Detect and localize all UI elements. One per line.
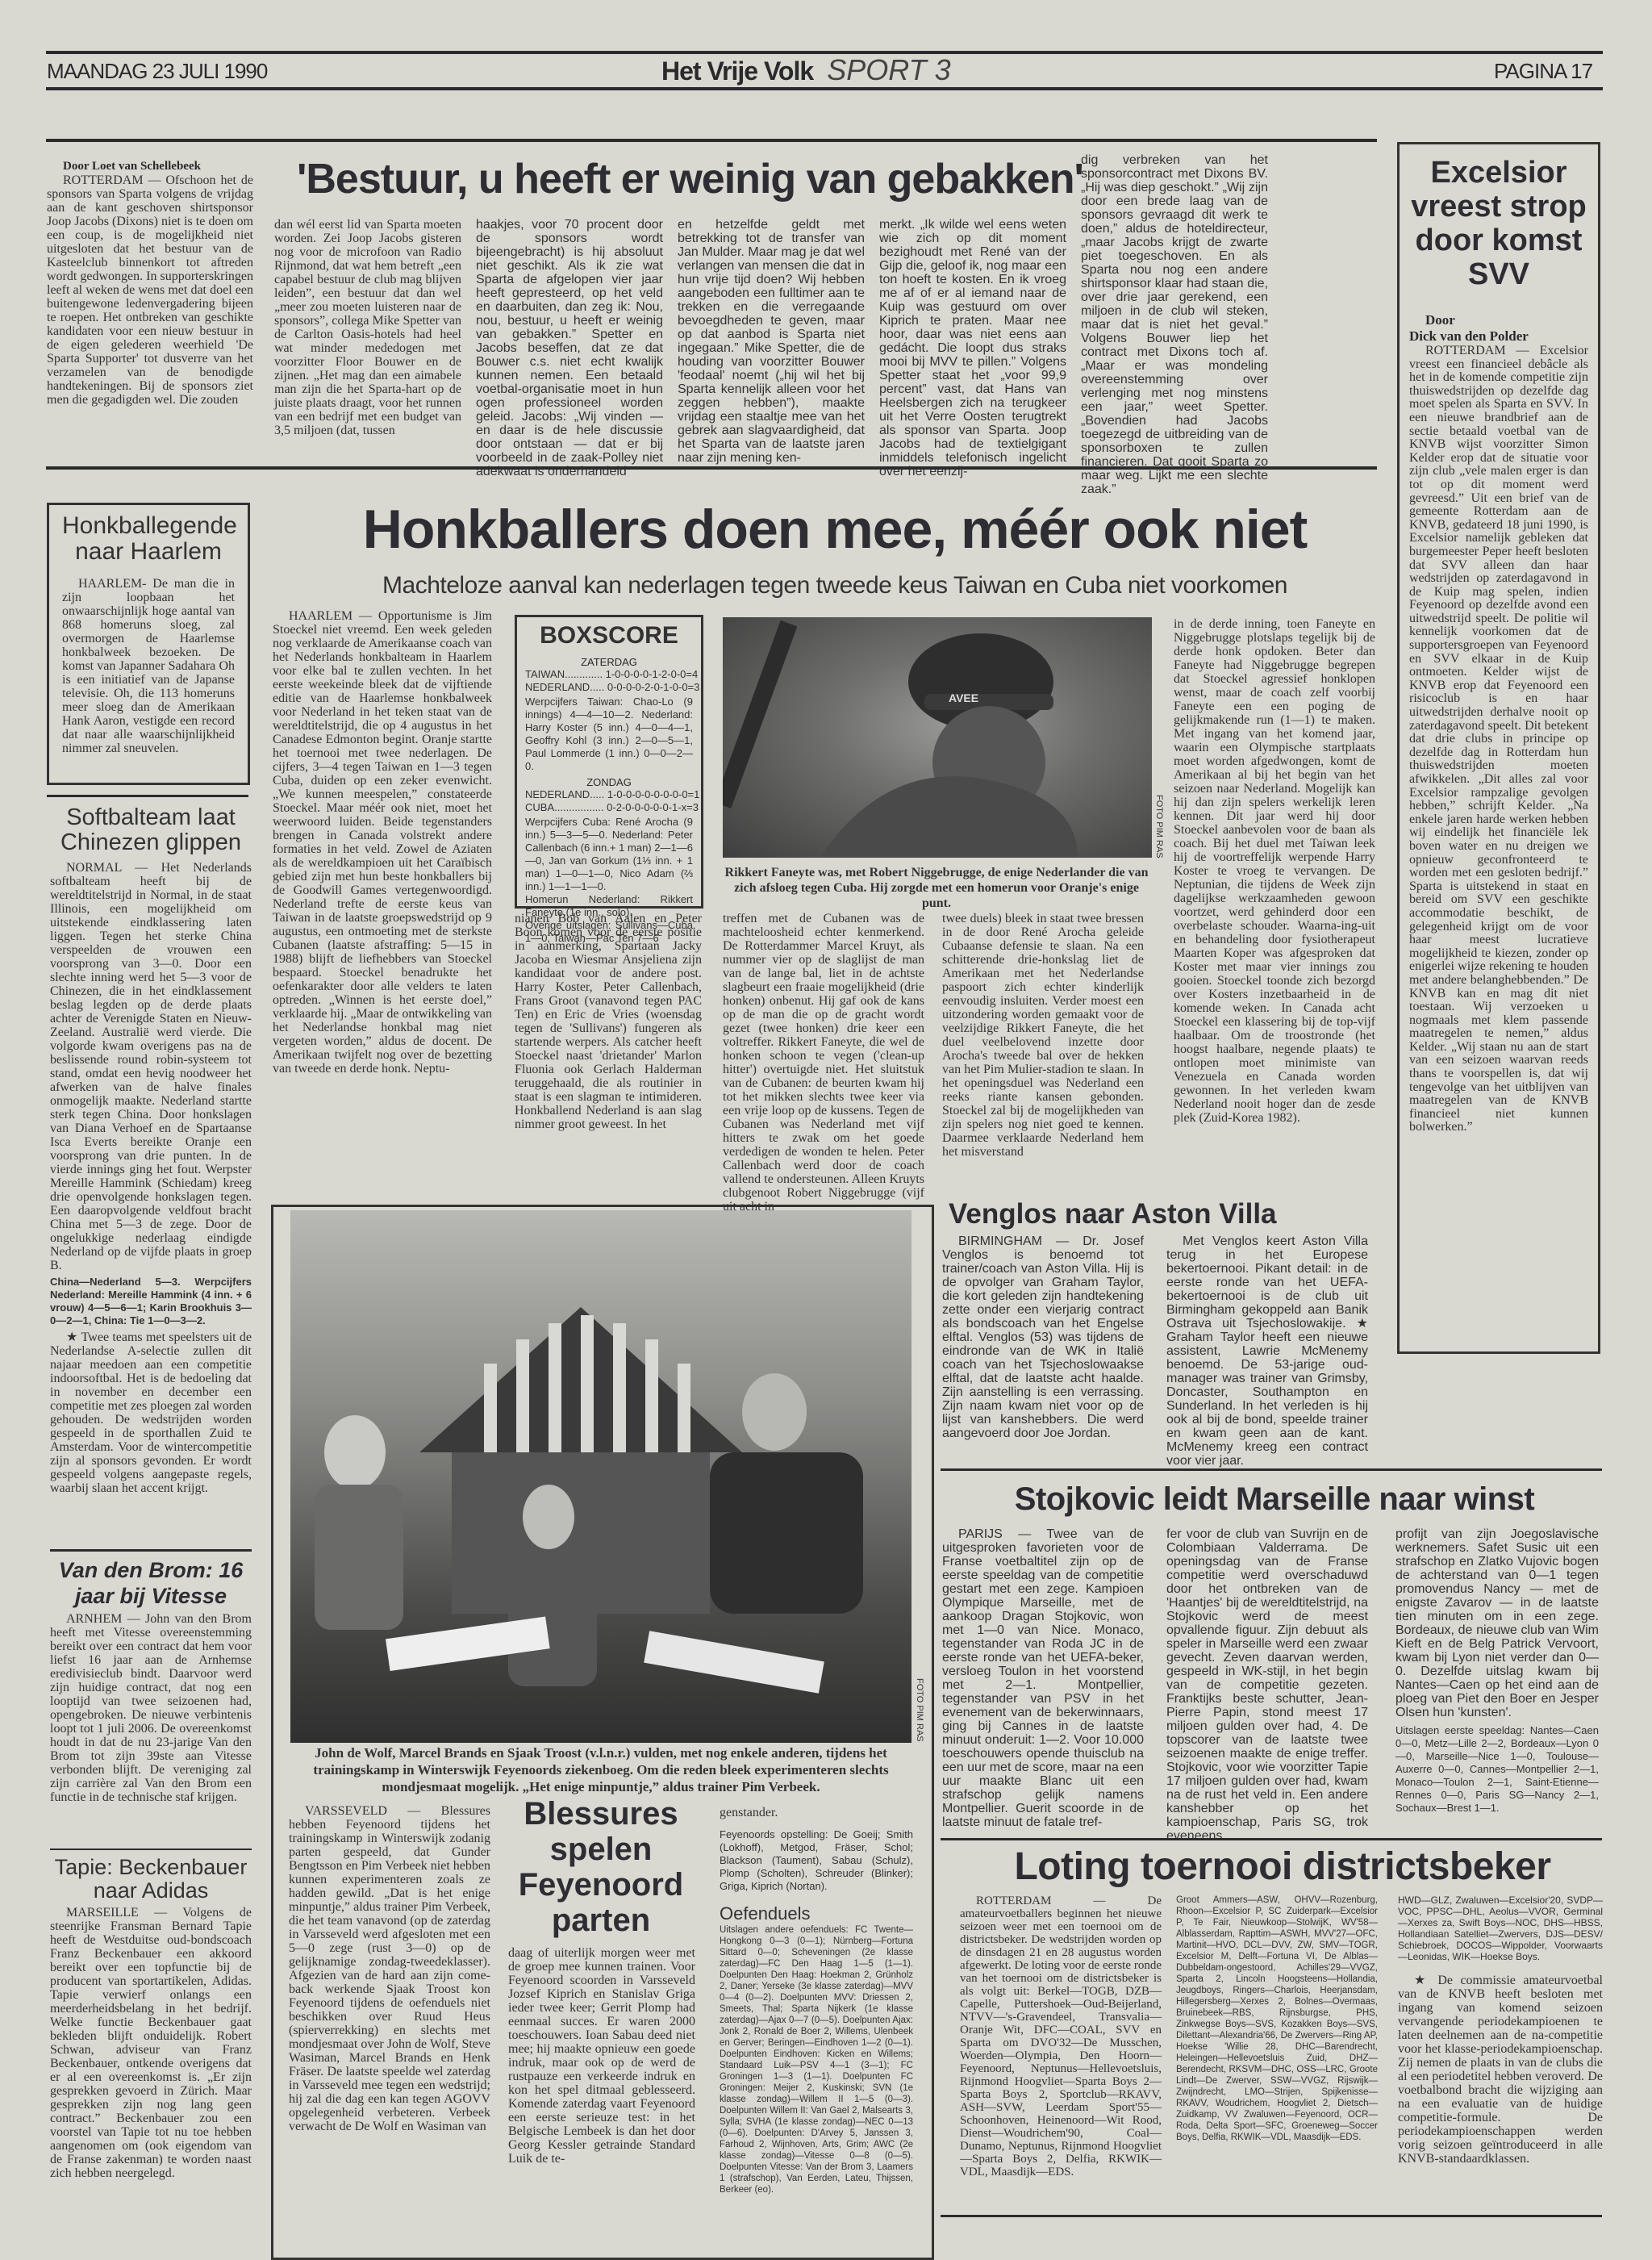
- sparta-text-2: dan wél eerst lid van Sparta moeten word…: [274, 218, 461, 437]
- sparta-text-5: merkt. „Ik wilde wel eens weten wie zich…: [879, 218, 1066, 478]
- venglos-bottom-rule: [941, 1468, 1602, 1471]
- stojkovic-text-3: profijt van zijn Joegoslavische werkneme…: [1395, 1527, 1599, 1719]
- vitesse-text: ARNHEM — John van den Brom heeft met Vit…: [50, 1612, 252, 1804]
- loting-headline: Loting toernooi districtsbeker: [968, 1848, 1597, 1886]
- stojkovic-bottom-rule: [941, 1838, 1602, 1840]
- blessures-text-3: genstander.: [720, 1804, 913, 1822]
- boxscore-day-1: ZATERDAG: [525, 656, 693, 668]
- venglos-text-2: Met Venglos keert Aston Villa terug in h…: [1166, 1234, 1368, 1468]
- masthead-date: MAANDAG 23 JULI 1990: [47, 59, 267, 84]
- boxscore-row-cuba: CUBA................. 0-2-0-0-0-0-0-1-x=…: [525, 801, 693, 814]
- blessures-text-2: daag of uiterlijk morgen weer met de gro…: [508, 1946, 695, 2166]
- stojkovic-text-2: fer voor de club van Suvrijn en de Colom…: [1166, 1527, 1368, 1843]
- loting-text-3: HWD—GLZ, Zwaluwen—Excelsior'20, SVDP—VOC…: [1398, 1894, 1603, 1962]
- softbal-article: Softbalteam laat Chinezen glippen NORMAL…: [50, 805, 252, 1495]
- loting-text-2: Groot Ammers—ASW, OHVV—Rozenburg, Rhoon—…: [1176, 1894, 1378, 2143]
- left-rule-3: [50, 1849, 252, 1850]
- photo-baseball-credit: FOTO PIM RAS: [1154, 795, 1164, 858]
- boxscore-row-taiwan: TAIWAN............. 1-0-0-0-0-1-2-0-0=4: [525, 668, 693, 681]
- tapie-headline: Tapie: Beckenbauer naar Adidas: [50, 1856, 252, 1903]
- excelsior-byline-1: Door: [1409, 312, 1588, 328]
- masthead-bottom-rule: [46, 87, 1603, 90]
- feyenoord-lineup: Feyenoords opstelling: De Goeij; Smith (…: [720, 1828, 913, 1893]
- excelsior-headline: Excelsior vreest strop door komst SVV: [1409, 156, 1588, 291]
- softbal-extra: ★ Twee teams met speelsters uit de Neder…: [50, 1331, 252, 1495]
- sparta-text-4: en hetzelfde geldt met betrekking tot de…: [678, 218, 865, 465]
- excelsior-text: ROTTERDAM — Excelsior vreest een financi…: [1409, 345, 1588, 1134]
- boxscore-row-nederland-1: NEDERLAND..... 0-0-0-0-2-0-1-0-0=3: [525, 681, 693, 694]
- blessures-col-3: genstander. Feyenoords opstelling: De Go…: [720, 1804, 913, 2195]
- boxscore-title: BOXSCORE: [525, 622, 693, 650]
- loting-col-3: HWD—GLZ, Zwaluwen—Excelsior'20, SVDP—VOC…: [1398, 1894, 1603, 2166]
- boxscore-notes-1: Werpcijfers Taiwan: Chao-Lo (9 innings) …: [525, 696, 693, 773]
- players-illustration-icon: [290, 1210, 912, 1743]
- tapie-article: Tapie: Beckenbauer naar Adidas MARSEILLE…: [50, 1856, 252, 2180]
- left-rule-1: [47, 795, 248, 797]
- sparta-text-1: ROTTERDAM — Ofschoon het de sponsors van…: [47, 173, 253, 407]
- excelsior-byline-2: Dick van den Polder: [1409, 328, 1588, 345]
- photo-feyenoord-players: [290, 1210, 912, 1743]
- venglos-headline: Venglos naar Aston Villa: [949, 1200, 1352, 1228]
- photo-feyenoord-caption: John de Wolf, Marcel Brands en Sjaak Tro…: [290, 1744, 912, 1795]
- honkballers-headline: Honkballers doen mee, méér ook niet: [294, 502, 1375, 557]
- boxscore-box: BOXSCORE ZATERDAG TAIWAN............. 1-…: [515, 615, 703, 909]
- stojkovic-headline: Stojkovic leidt Marseille naar winst: [960, 1483, 1589, 1515]
- sparta-text-6: dig verbreken van het sponsorcontract me…: [1081, 153, 1268, 496]
- venglos-text-1: BIRMINGHAM — Dr. Josef Venglos is benoem…: [942, 1234, 1144, 1440]
- left-rule-2: [50, 1549, 252, 1552]
- honkballers-text-1: HAARLEM — Opportunisme is Jim Stoeckel n…: [273, 609, 492, 1076]
- svg-text:AVEE: AVEE: [949, 691, 978, 704]
- stojkovic-text-1: PARIJS — Twee van de uitgesproken favori…: [942, 1527, 1144, 1829]
- photo-feyenoord-credit: FOTO PIM RAS: [915, 1678, 924, 1742]
- loting-bottom-rule: [941, 2215, 1602, 2217]
- photo-baseball-caption: Rikkert Faneyte was, met Robert Niggebru…: [723, 865, 1150, 911]
- loting-text-1: ROTTERDAM — De amateurvoetballers beginn…: [960, 1894, 1162, 2179]
- honkballers-subhead: Machteloze aanval kan nederlagen tegen t…: [307, 573, 1363, 599]
- honkbal-legend-headline: Honkballegende naar Haarlem: [62, 513, 235, 566]
- sparta-col-1: Door Loet van Schellebeek ROTTERDAM — Of…: [47, 160, 253, 407]
- stojkovic-col-3: profijt van zijn Joegoslavische werkneme…: [1395, 1527, 1599, 1815]
- batter-illustration-icon: AVEE: [723, 617, 1152, 858]
- photo-baseball-player: AVEE: [723, 617, 1152, 858]
- honkballers-text-2: nianen Bob van Aalen en Peter Boon komen…: [515, 912, 702, 1131]
- blessures-headline: Blessures spelen Feyenoord parten: [508, 1796, 694, 1938]
- softbal-text: NORMAL — Het Nederlands softbalteam heef…: [50, 861, 252, 1272]
- honkballers-text-4: twee duels) bleek in staat twee bressen …: [942, 912, 1144, 1159]
- honkbal-legend-box: Honkballegende naar Haarlem HAARLEM- De …: [47, 503, 250, 785]
- sparta-byline: Door Loet van Schellebeek: [47, 160, 253, 173]
- vitesse-headline: Van den Brom: 16 jaar bij Vitesse: [50, 1557, 252, 1609]
- tapie-text: MARSEILLE — Volgens de steenrijke Fransm…: [50, 1906, 252, 2180]
- paper-name: Het Vrije Volk: [661, 56, 813, 86]
- honkbal-legend-text: HAARLEM- De man die in zijn loopbaan het…: [62, 577, 235, 755]
- vitesse-article: Van den Brom: 16 jaar bij Vitesse ARNHEM…: [50, 1557, 252, 1804]
- boxscore-row-nederland-2: NEDERLAND..... 1-0-0-0-0-0-0-0-0=1: [525, 788, 693, 801]
- stojkovic-results: Uitslagen eerste speeldag: Nantes—Caen 0…: [1395, 1724, 1599, 1815]
- oefenduels-title: Oefenduels: [720, 1904, 913, 1924]
- oefenduels-text: Uitslagen andere oefenduels: FC Twente—H…: [720, 1924, 913, 2195]
- softbal-headline: Softbalteam laat Chinezen glippen: [50, 805, 252, 856]
- boxscore-notes-2: Werpcijfers Cuba: René Arocha (9 inn.) 5…: [525, 816, 693, 893]
- section-rule: [46, 139, 1377, 142]
- excelsior-box: Excelsior vreest strop door komst SVV Do…: [1397, 142, 1600, 1354]
- softbal-result: China—Nederland 5—3. Werpcijfers Nederla…: [50, 1276, 252, 1327]
- honkballers-text-5: in de derde inning, toen Faneyte en Nigg…: [1174, 617, 1375, 1125]
- boxscore-day-2: ZONDAG: [525, 776, 693, 788]
- blessures-text-1: VARSSEVELD — Blessures hebben Feyenoord …: [289, 1804, 490, 2133]
- sparta-bottom-rule: [46, 466, 1377, 470]
- sparta-text-3: haakjes, voor 70 procent door de sponsor…: [476, 218, 663, 478]
- loting-note: ★ De commissie amateurvoetbal van de KNV…: [1398, 1974, 1603, 2166]
- honkballers-text-3: treffen met de Cubanen was de machteloos…: [723, 912, 924, 1214]
- masthead-title: Het Vrije Volk SPORT 3: [661, 53, 951, 87]
- section-name: SPORT 3: [827, 53, 950, 86]
- masthead-page: PAGINA 17: [1494, 59, 1592, 84]
